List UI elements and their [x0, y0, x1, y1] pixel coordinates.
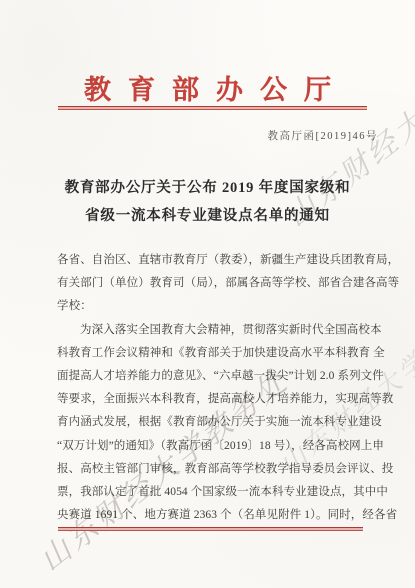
agency-letterhead: 教育部办公厅 — [0, 68, 415, 107]
body-line: 科教育工作会议精神和《教育部关于加快建设高水平本科教育 全 — [57, 342, 365, 365]
document-body: 各省、自治区、直辖市教育厅（教委），新疆生产建设兵团教育局， 有关部门（单位）教… — [57, 249, 365, 527]
body-line: 报、高校主管部门审核，教育部高等学校教学指导委员会评议、投 — [57, 458, 365, 481]
body-line: “双万计划”的通知》（教高厅函〔2019〕18 号），经各高校网上申 — [57, 435, 365, 458]
body-line: 学校： — [57, 295, 365, 318]
body-line: 央赛道 1691 个、地方赛道 2363 个（名单见附件 1）。同时，经各省 — [57, 504, 365, 527]
body-line: 有关部门（单位）教育司（局），部属各高等学校、部省合建各高等 — [57, 272, 365, 295]
document-title-line-1: 教育部办公厅关于公布 2019 年度国家级和 — [0, 174, 415, 202]
body-line: 为深入落实全国教育大会精神，贯彻落实新时代全国高校本 — [57, 319, 365, 342]
body-line: 育内涵式发展，根据《教育部办公厅关于实施一流本科专业建设 — [57, 411, 365, 434]
body-line: 面提高人才培养能力的意见》、“六卓越一拔尖”计划 2.0 系列文件 — [57, 365, 365, 388]
document-page: 山东财经大学教务处 山东财经大学教务处 山东财经大学教务处 教育部办公厅 教高厅… — [0, 0, 415, 588]
body-line: 各省、自治区、直辖市教育厅（教委），新疆生产建设兵团教育局， — [57, 249, 365, 272]
footer-red-rule — [58, 527, 363, 531]
document-content: 教育部办公厅 教高厅函[2019]46号 教育部办公厅关于公布 2019 年度国… — [0, 0, 415, 588]
document-title: 教育部办公厅关于公布 2019 年度国家级和 省级一流本科专业建设点名单的通知 — [0, 174, 415, 230]
document-number: 教高厅函[2019]46号 — [268, 128, 379, 143]
body-line: 票，我部认定了首批 4054 个国家级一流本科专业建设点，其中中 — [57, 481, 365, 504]
body-line: 等要求，全面振兴本科教育，提高高校人才培养能力，实现高等教 — [57, 388, 365, 411]
document-title-line-2: 省级一流本科专业建设点名单的通知 — [0, 202, 415, 230]
letterhead-red-rule — [58, 106, 367, 110]
